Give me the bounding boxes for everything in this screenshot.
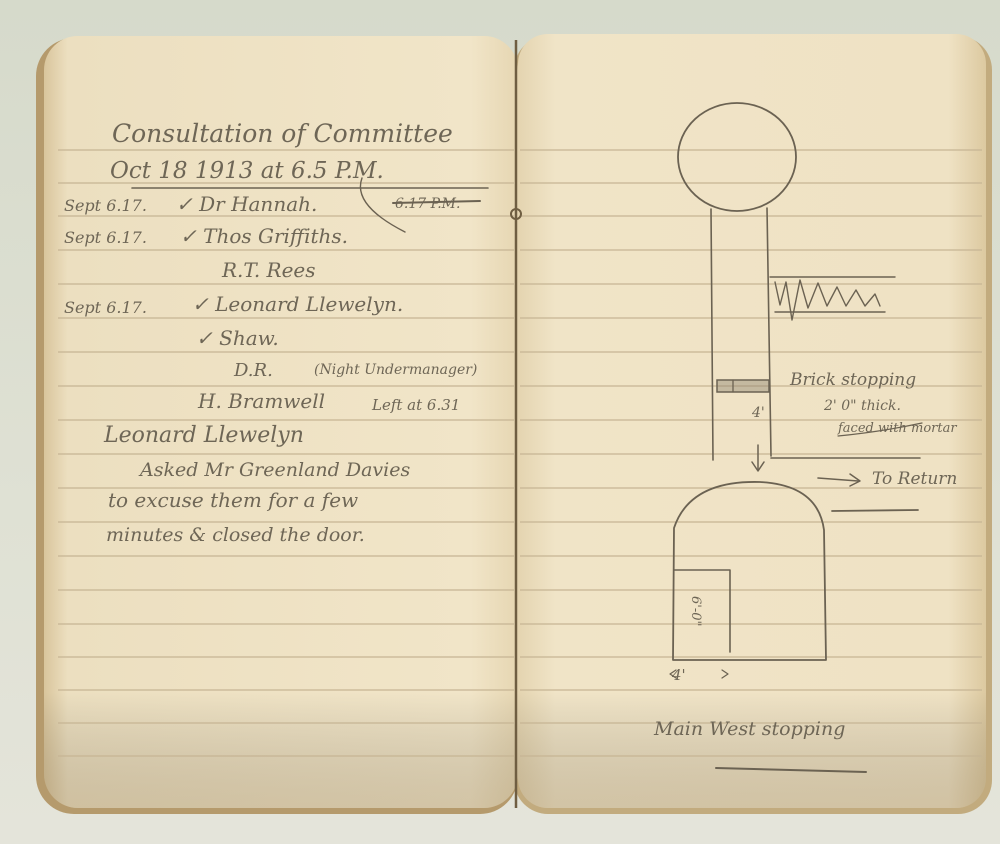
entry-4-name: ✓ Leonard Llewelyn. — [192, 292, 403, 316]
entry-2-name: ✓ Thos Griffiths. — [180, 224, 348, 248]
body-line-3: to excuse them for a few — [108, 488, 358, 512]
entry-1-note: 6.17 P.M. — [395, 196, 460, 212]
entry-3-name: R.T. Rees — [221, 258, 316, 282]
door-width-label: 4' — [671, 666, 686, 684]
door-height-label: 6'-0" — [688, 596, 703, 627]
entry-5-name: ✓ Shaw. — [196, 326, 279, 350]
entry-7-note: Left at 6.31 — [371, 396, 460, 414]
body-line-2: Asked Mr Greenland Davies — [138, 459, 410, 481]
entry-1-name: ✓ Dr Hannah. — [176, 192, 317, 216]
entry-4-margin: Sept 6.17. — [64, 298, 147, 317]
entry-6-name: D.R. — [233, 360, 273, 381]
brick-stopping — [717, 380, 769, 392]
return-label: To Return — [872, 469, 957, 489]
notebook-spread: Consultation of Committee Oct 18 1913 at… — [0, 0, 1000, 844]
entry-2-margin: Sept 6.17. — [64, 228, 147, 247]
distance-mark: 4' — [751, 405, 765, 421]
stopping-label: Brick stopping — [789, 370, 916, 390]
entry-7-name: H. Bramwell — [197, 389, 325, 413]
entry-6-note: (Night Undermanager) — [314, 362, 477, 378]
entry-1-margin: Sept 6.17. — [64, 196, 147, 215]
heading-line-2: Oct 18 1913 at 6.5 P.M. — [110, 158, 384, 184]
heading-line-1: Consultation of Committee — [112, 119, 453, 148]
sketch-caption: Main West stopping — [653, 718, 845, 740]
body-line-1: Leonard Llewelyn — [103, 423, 304, 448]
body-line-4: minutes & closed the door. — [106, 524, 365, 546]
thickness-label: 2' 0" thick. — [823, 398, 901, 414]
